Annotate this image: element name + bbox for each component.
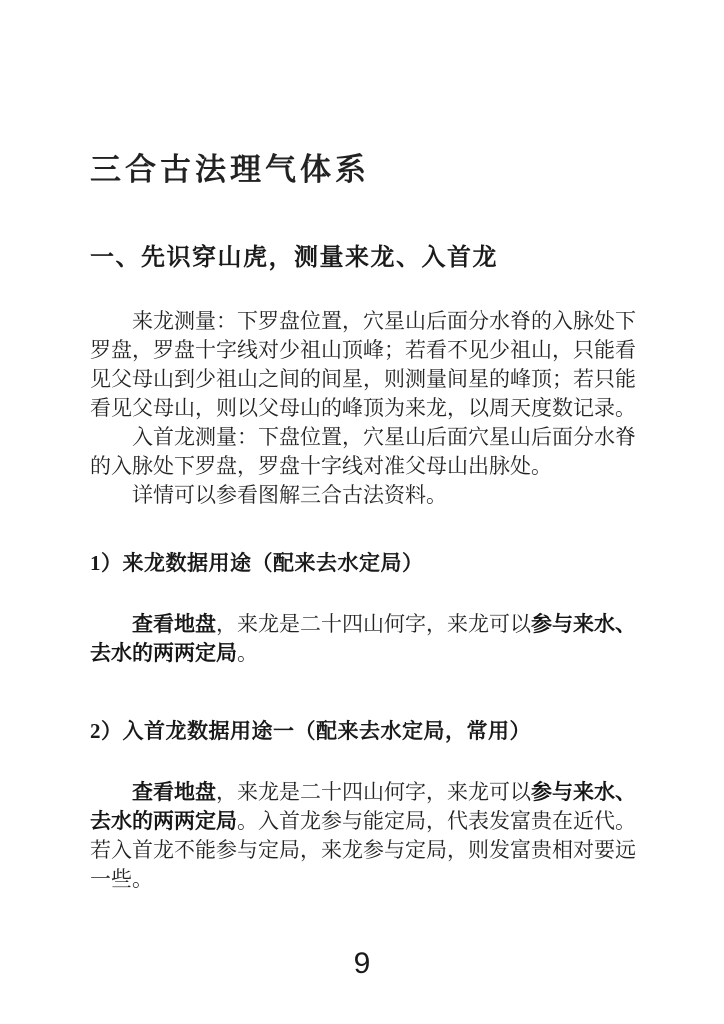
subsection-1-heading: 1）来龙数据用途（配来去水定局）	[90, 548, 636, 578]
page-title: 三合古法理气体系	[90, 150, 636, 190]
paragraph-reference-note: 详情可以参看图解三合古法资料。	[90, 481, 636, 510]
text-run: 。	[237, 641, 258, 665]
document-page: 三合古法理气体系 一、先识穿山虎，测量来龙、入首龙 来龙测量：下罗盘位置，穴星山…	[0, 0, 724, 1024]
text-run: ，来龙是二十四山何字，来龙可以	[216, 780, 531, 804]
paragraph-lailong-measure: 来龙测量：下罗盘位置，穴星山后面分水脊的入脉处下罗盘，罗盘十字线对少祖山顶峰；若…	[90, 307, 636, 423]
text-run: ，来龙是二十四山何字，来龙可以	[216, 612, 531, 636]
section-heading: 一、先识穿山虎，测量来龙、入首龙	[90, 243, 636, 273]
bold-run-check-dipan: 查看地盘	[132, 612, 216, 636]
bold-run-check-dipan: 查看地盘	[132, 780, 216, 804]
page-number: 9	[0, 948, 724, 980]
subsection-2-heading: 2）入首龙数据用途一（配来去水定局，常用）	[90, 716, 636, 746]
paragraph-rushoulong-measure: 入首龙测量：下盘位置，穴星山后面穴星山后面分水脊的入脉处下罗盘，罗盘十字线对准父…	[90, 423, 636, 481]
subsection-1-paragraph: 查看地盘，来龙是二十四山何字，来龙可以参与来水、去水的两两定局。	[90, 610, 636, 668]
subsection-2-paragraph: 查看地盘，来龙是二十四山何字，来龙可以参与来水、去水的两两定局。入首龙参与能定局…	[90, 778, 636, 894]
